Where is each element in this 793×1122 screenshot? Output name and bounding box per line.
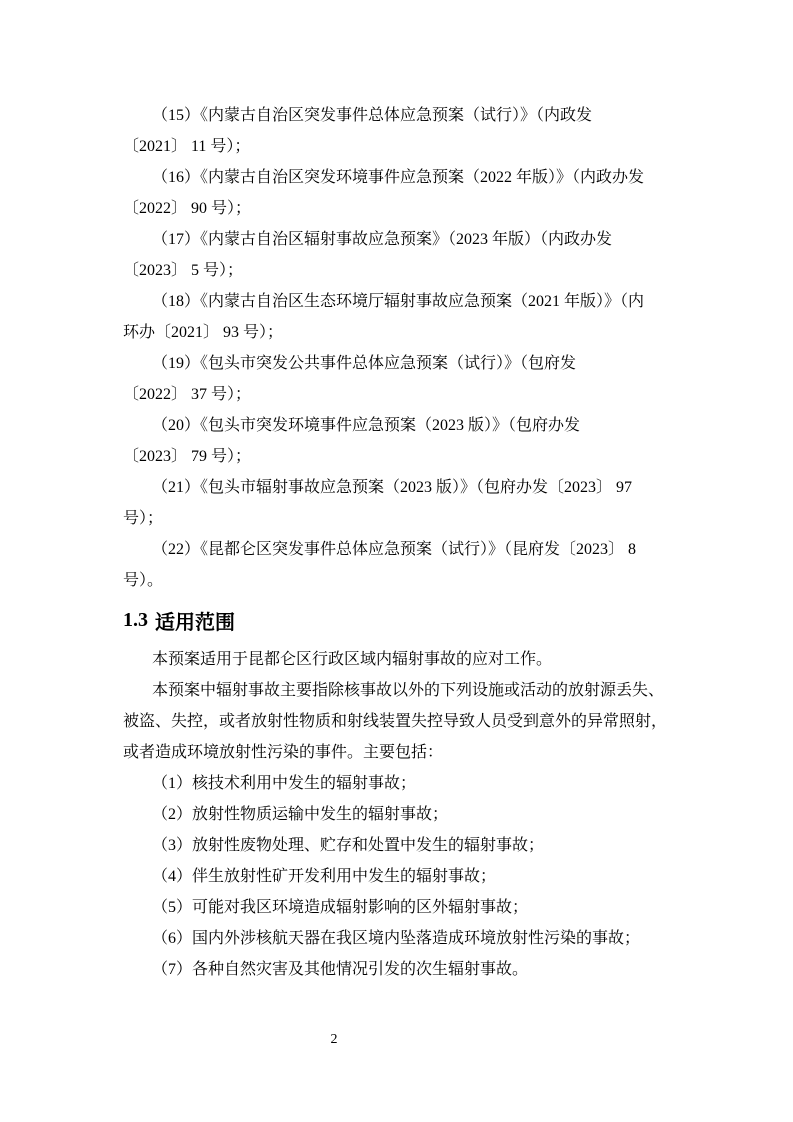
section-heading: 1.3 适用范围 [123,596,671,644]
reference-line: （18）《内蒙古自治区生态环境厅辐射事故应急预案（2021 年版）》（内 [123,286,671,317]
page-number: 2 [323,1031,345,1049]
list-item-text: （7）各种自然灾害及其他情况引发的次生辐射事故。 [123,954,671,985]
reference-item: （15）《内蒙古自治区突发事件总体应急预案（试行）》（内政发 〔2021〕 11… [123,100,671,162]
list-item: （2）放射性物质运输中发生的辐射事故； [123,799,671,830]
section-number: 1.3 [123,609,148,632]
list-item: （7）各种自然灾害及其他情况引发的次生辐射事故。 [123,954,671,985]
list-item-text: （3）放射性废物处理、贮存和处置中发生的辐射事故； [123,830,671,861]
section-title: 适用范围 [155,606,235,635]
reference-item: （17）《内蒙古自治区辐射事故应急预案》（2023 年版）（内政办发 〔2023… [123,224,671,286]
reference-item: （22）《昆都仑区突发事件总体应急预案（试行）》（昆府发〔2023〕 8 号）。 [123,534,671,596]
reference-item: （18）《内蒙古自治区生态环境厅辐射事故应急预案（2021 年版）》（内 环办〔… [123,286,671,348]
list-item-text: （4）伴生放射性矿开发利用中发生的辐射事故； [123,861,671,892]
reference-line: 〔2023〕 5 号）； [123,255,671,286]
reference-line: 〔2022〕 90 号）； [123,193,671,224]
reference-line: 〔2021〕 11 号）； [123,131,671,162]
list-item: （6）国内外涉核航天器在我区境内坠落造成环境放射性污染的事故； [123,923,671,954]
reference-line: （16）《内蒙古自治区突发环境事件应急预案（2022 年版）》（内政办发 [123,162,671,193]
reference-line: （22）《昆都仑区突发事件总体应急预案（试行）》（昆府发〔2023〕 8 [123,534,671,565]
text-line: 本预案中辐射事故主要指除核事故以外的下列设施或活动的放射源丢失、 [123,675,671,706]
reference-item: （21）《包头市辐射事故应急预案（2023 版）》（包府办发〔2023〕 97 … [123,472,671,534]
list-item: （3）放射性废物处理、贮存和处置中发生的辐射事故； [123,830,671,861]
list-item: （5）可能对我区环境造成辐射影响的区外辐射事故； [123,892,671,923]
reference-line: （19）《包头市突发公共事件总体应急预案（试行）》（包府发 [123,348,671,379]
list-item: （4）伴生放射性矿开发利用中发生的辐射事故； [123,861,671,892]
reference-line: 〔2022〕 37 号）； [123,379,671,410]
reference-line: （20）《包头市突发环境事件应急预案（2023 版）》（包府办发 [123,410,671,441]
text-line: 或者造成环境放射性污染的事件。主要包括： [123,737,671,768]
list-item-text: （1）核技术利用中发生的辐射事故； [123,768,671,799]
reference-line: 号）。 [123,565,671,596]
text-line: 被盗、失控，或者放射性物质和射线装置失控导致人员受到意外的异常照射， [123,706,671,737]
document-content: （15）《内蒙古自治区突发事件总体应急预案（试行）》（内政发 〔2021〕 11… [123,100,671,985]
reference-line: （15）《内蒙古自治区突发事件总体应急预案（试行）》（内政发 [123,100,671,131]
list-item: （1）核技术利用中发生的辐射事故； [123,768,671,799]
reference-item: （19）《包头市突发公共事件总体应急预案（试行）》（包府发 〔2022〕 37 … [123,348,671,410]
list-item-text: （5）可能对我区环境造成辐射影响的区外辐射事故； [123,892,671,923]
reference-line: （21）《包头市辐射事故应急预案（2023 版）》（包府办发〔2023〕 97 [123,472,671,503]
reference-line: 号）； [123,503,671,534]
definition-paragraph: 本预案中辐射事故主要指除核事故以外的下列设施或活动的放射源丢失、 被盗、失控，或… [123,675,671,768]
reference-item: （20）《包头市突发环境事件应急预案（2023 版）》（包府办发 〔2023〕 … [123,410,671,472]
list-item-text: （6）国内外涉核航天器在我区境内坠落造成环境放射性污染的事故； [123,923,671,954]
reference-line: 环办〔2021〕 93 号）； [123,317,671,348]
scope-paragraph: 本预案适用于昆都仑区行政区域内辐射事故的应对工作。 [123,644,671,675]
reference-item: （16）《内蒙古自治区突发环境事件应急预案（2022 年版）》（内政办发 〔20… [123,162,671,224]
reference-line: （17）《内蒙古自治区辐射事故应急预案》（2023 年版）（内政办发 [123,224,671,255]
document-page: （15）《内蒙古自治区突发事件总体应急预案（试行）》（内政发 〔2021〕 11… [0,0,793,1122]
list-item-text: （2）放射性物质运输中发生的辐射事故； [123,799,671,830]
text-line: 本预案适用于昆都仑区行政区域内辐射事故的应对工作。 [123,644,671,675]
reference-line: 〔2023〕 79 号）； [123,441,671,472]
